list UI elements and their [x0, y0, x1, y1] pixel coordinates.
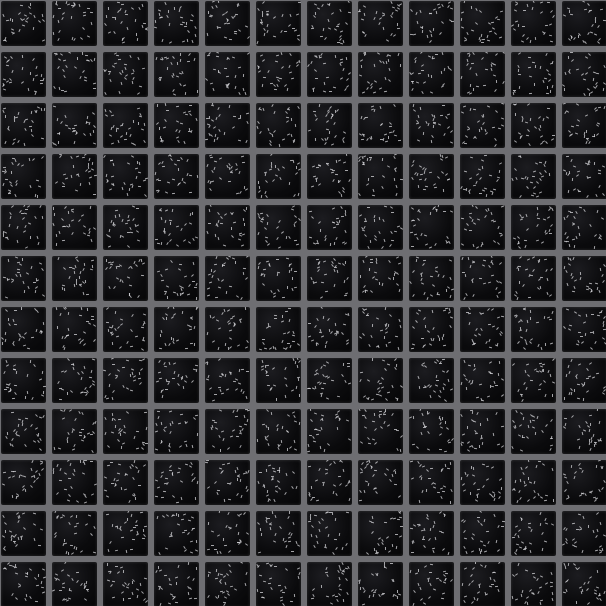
mosaic-tile [460, 511, 505, 556]
mosaic-tile [256, 256, 301, 301]
mosaic-tile [562, 154, 606, 199]
mosaic-tile [256, 154, 301, 199]
mosaic-tile [511, 52, 556, 97]
mosaic-tile [103, 307, 148, 352]
mosaic-tile [154, 307, 199, 352]
mosaic-tile [1, 358, 46, 403]
mosaic-tile [52, 307, 97, 352]
mosaic-tile [511, 154, 556, 199]
mosaic-tile [511, 205, 556, 250]
mosaic-tile [52, 1, 97, 46]
mosaic-tile [358, 562, 403, 606]
mosaic-tile [358, 460, 403, 505]
mosaic-tile [205, 307, 250, 352]
mosaic-tile [52, 460, 97, 505]
mosaic-tile [358, 307, 403, 352]
mosaic-tile [562, 409, 606, 454]
mosaic-tile [409, 154, 454, 199]
mosaic-tile [307, 154, 352, 199]
mosaic-tile [52, 154, 97, 199]
mosaic-tile [562, 52, 606, 97]
mosaic-tile [562, 511, 606, 556]
mosaic-tile [205, 1, 250, 46]
mosaic-tile [103, 154, 148, 199]
mosaic-tile [511, 562, 556, 606]
mosaic-tile [256, 562, 301, 606]
mosaic-tile [307, 307, 352, 352]
mosaic-tile [409, 409, 454, 454]
mosaic-tile [409, 52, 454, 97]
mosaic-tile [1, 154, 46, 199]
mosaic-tile [103, 256, 148, 301]
mosaic-tile [1, 511, 46, 556]
mosaic-tile [154, 205, 199, 250]
mosaic-tile [460, 307, 505, 352]
mosaic-tile [103, 562, 148, 606]
mosaic-tile [511, 460, 556, 505]
mosaic-tile [562, 1, 606, 46]
mosaic-tile [307, 205, 352, 250]
mosaic-tile [358, 409, 403, 454]
mosaic-tile [562, 562, 606, 606]
mosaic-tile [307, 103, 352, 148]
mosaic-tile [1, 460, 46, 505]
mosaic-tile [307, 409, 352, 454]
mosaic-tile [562, 103, 606, 148]
mosaic-tile [562, 205, 606, 250]
mosaic-tile [256, 358, 301, 403]
mosaic-tile [154, 460, 199, 505]
mosaic-tile [358, 205, 403, 250]
mosaic-tile [205, 511, 250, 556]
mosaic-tile [460, 460, 505, 505]
mosaic-tile [256, 460, 301, 505]
mosaic-tile [460, 358, 505, 403]
mosaic-tile [154, 511, 199, 556]
mosaic-tile [1, 307, 46, 352]
mosaic-tile [511, 358, 556, 403]
mosaic-tile [154, 103, 199, 148]
mosaic-tile [256, 307, 301, 352]
mosaic-tile [103, 205, 148, 250]
mosaic-tile [307, 1, 352, 46]
mosaic-tile [409, 562, 454, 606]
mosaic-tile [409, 511, 454, 556]
mosaic-tile [307, 358, 352, 403]
mosaic-tile [460, 256, 505, 301]
mosaic-tile [1, 562, 46, 606]
mosaic-tile [256, 52, 301, 97]
mosaic-tile [460, 205, 505, 250]
mosaic-tile [511, 511, 556, 556]
mosaic-tile [52, 103, 97, 148]
mosaic-tile [205, 205, 250, 250]
mosaic-tile [52, 256, 97, 301]
mosaic-tile [409, 307, 454, 352]
mosaic-tile [103, 52, 148, 97]
mosaic-tile [256, 1, 301, 46]
mosaic-tile [511, 409, 556, 454]
mosaic-tile [52, 52, 97, 97]
mosaic-tile [103, 409, 148, 454]
mosaic-tile [205, 256, 250, 301]
mosaic-tile [460, 52, 505, 97]
mosaic-tile [358, 358, 403, 403]
mosaic-tile [205, 52, 250, 97]
mosaic-tile [103, 460, 148, 505]
mosaic-tile [409, 256, 454, 301]
mosaic-tile [205, 358, 250, 403]
mosaic-tile [307, 256, 352, 301]
mosaic-tile [1, 409, 46, 454]
mosaic-tile [256, 103, 301, 148]
mosaic-tile [205, 154, 250, 199]
mosaic-tile [358, 256, 403, 301]
mosaic-tile [460, 1, 505, 46]
mosaic-tile [460, 154, 505, 199]
mosaic-tile [205, 460, 250, 505]
mosaic-tile [154, 409, 199, 454]
mosaic-tile [562, 460, 606, 505]
mosaic-tile [256, 511, 301, 556]
mosaic-tile [460, 409, 505, 454]
mosaic-tile [52, 358, 97, 403]
mosaic-tile [1, 205, 46, 250]
mosaic-tile [307, 52, 352, 97]
mosaic-tile [358, 1, 403, 46]
mosaic-tile [256, 409, 301, 454]
mosaic-tile [307, 460, 352, 505]
mosaic-tile [52, 205, 97, 250]
mosaic-tile [409, 460, 454, 505]
mosaic-tile [205, 562, 250, 606]
mosaic-tile [154, 562, 199, 606]
mosaic-tile [103, 103, 148, 148]
mosaic-tile-image [0, 0, 606, 606]
mosaic-tile [154, 52, 199, 97]
mosaic-tile [460, 103, 505, 148]
mosaic-tile [154, 154, 199, 199]
mosaic-tile [409, 103, 454, 148]
mosaic-tile [103, 1, 148, 46]
mosaic-tile [154, 1, 199, 46]
mosaic-tile [103, 358, 148, 403]
mosaic-tile [256, 205, 301, 250]
mosaic-tile [1, 256, 46, 301]
mosaic-tile [511, 307, 556, 352]
mosaic-tile [511, 256, 556, 301]
mosaic-tile [562, 358, 606, 403]
mosaic-tile [562, 307, 606, 352]
mosaic-tile [1, 1, 46, 46]
mosaic-tile [511, 1, 556, 46]
mosaic-tile [52, 409, 97, 454]
mosaic-tile [154, 256, 199, 301]
mosaic-tile [562, 256, 606, 301]
mosaic-tile [409, 358, 454, 403]
mosaic-tile [511, 103, 556, 148]
mosaic-tile [358, 154, 403, 199]
mosaic-tile [460, 562, 505, 606]
mosaic-tile [409, 1, 454, 46]
mosaic-tile [409, 205, 454, 250]
mosaic-tile [52, 511, 97, 556]
mosaic-tile [205, 103, 250, 148]
mosaic-tile [154, 358, 199, 403]
mosaic-tile [358, 52, 403, 97]
mosaic-tile [52, 562, 97, 606]
mosaic-tile [1, 103, 46, 148]
mosaic-tile [307, 511, 352, 556]
mosaic-tile [307, 562, 352, 606]
mosaic-tile [358, 511, 403, 556]
mosaic-tile [1, 52, 46, 97]
mosaic-tile [103, 511, 148, 556]
mosaic-tile [358, 103, 403, 148]
mosaic-tile [205, 409, 250, 454]
